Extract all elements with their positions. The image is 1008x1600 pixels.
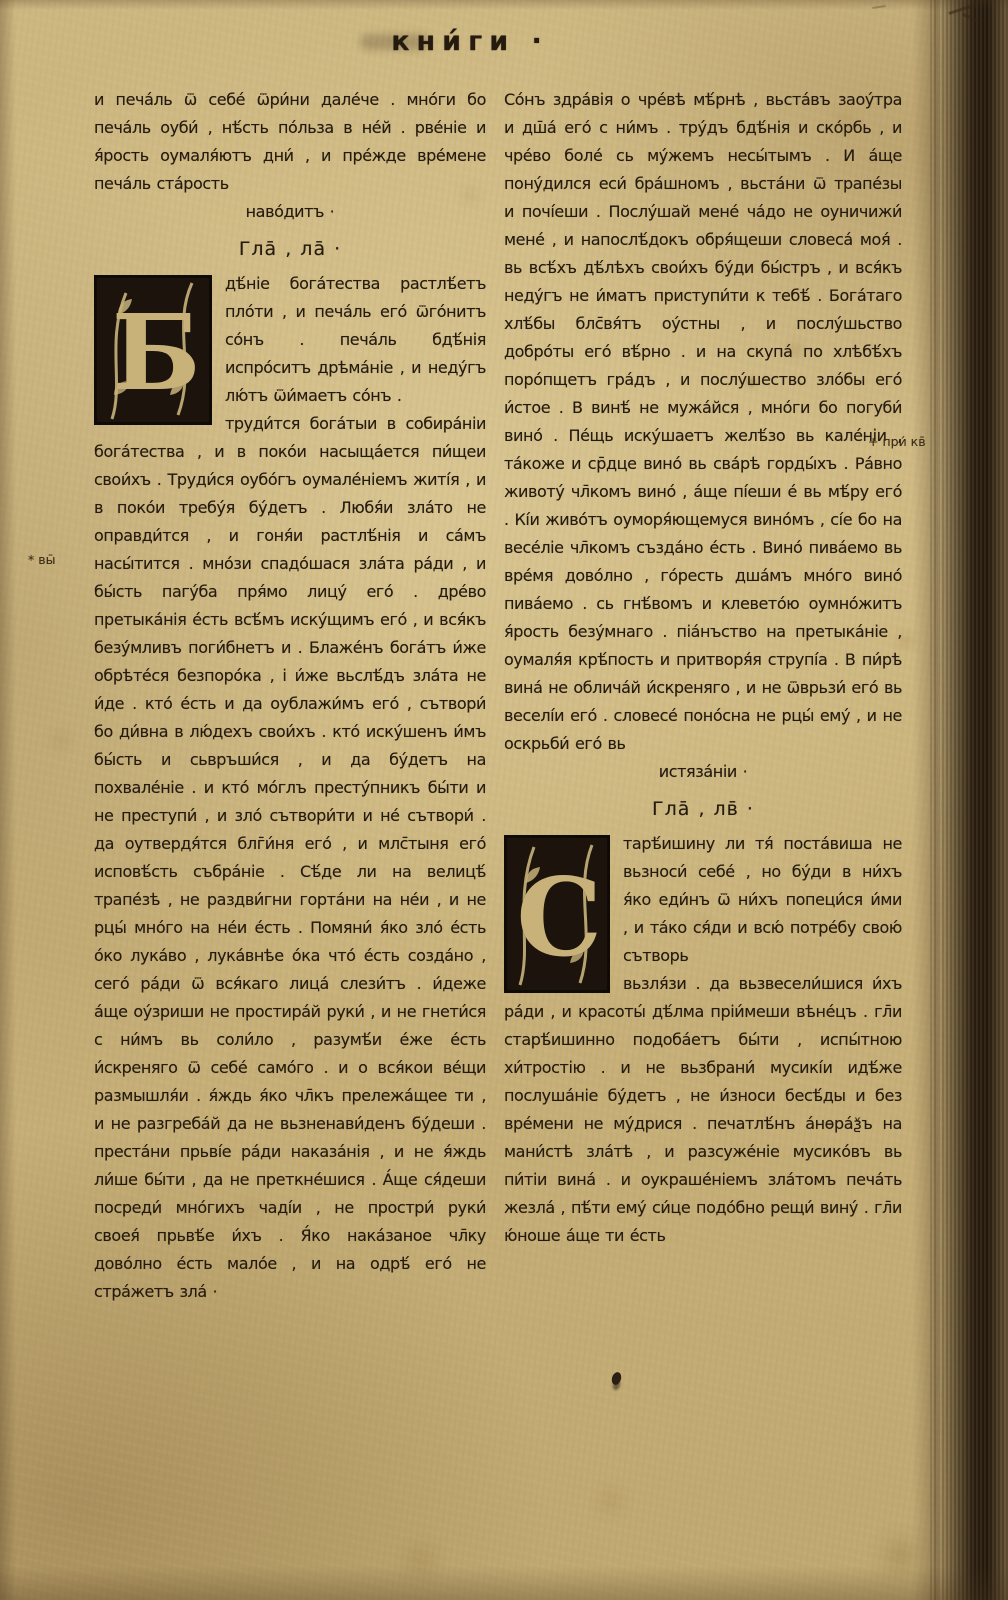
woodcut-initial-buki: Б (94, 275, 212, 425)
paragraph-sirach-31-body: труди́тся бога́тыи в собира́ніи бога́тес… (94, 410, 486, 1306)
margin-note-left: * вы̄ (28, 552, 55, 567)
initial-letter-b: Б (112, 291, 200, 414)
running-title: кни́ги · (0, 26, 940, 57)
paragraph-chapter30-end: и печа́ль ѿ себе́ ѿри́ни дале́че . мно́г… (94, 86, 486, 198)
chapter-32-heading: Гла̄ , лв̄ · (504, 795, 902, 823)
chapter-32-text-block: С тарѣ́ишину ли тя́ поста́виша не вьзнос… (504, 830, 902, 1250)
top-edge-shadow (0, 0, 1008, 10)
text-column-left: и печа́ль ѿ себе́ ѿри́ни дале́че . мно́г… (94, 86, 486, 1546)
margin-mark-left: * (28, 552, 34, 567)
margin-mark-right: + (868, 434, 878, 449)
bottom-edge-shadow (0, 1566, 1008, 1600)
paragraph-sirach-32-body: вьзля́зи . да вьзвесели́шися и́хъ ра́ди … (504, 970, 902, 1250)
woodcut-initial-slovo: С (504, 835, 610, 993)
margin-note-left-text: вы̄ (38, 552, 55, 567)
paragraph-chapter30-last-line: наво́дитъ · (94, 198, 486, 226)
paragraph-sirach-31-last-line: истяза́ніи · (504, 758, 902, 786)
book-edge-dark-band (930, 0, 1008, 1600)
book-page-scan: { "page": { "running_title": "кни́ги ·" … (0, 0, 1008, 1600)
chapter-31-text-block: Б дѣ́ніе бога́тества растлѣ́етъ пло́ти ,… (94, 270, 486, 1306)
left-edge-shadow (0, 0, 16, 1600)
paragraph-sirach-31-continued: Со́нъ здра́вія о чре́вѣ мѣ́рнѣ , вьста́в… (504, 86, 902, 758)
chapter-31-heading: Гла̄ , ла̄ · (94, 235, 486, 263)
initial-letter-s: С (516, 855, 602, 981)
text-column-right: Со́нъ здра́вія о чре́вѣ мѣ́рнѣ , вьста́в… (504, 86, 902, 1581)
